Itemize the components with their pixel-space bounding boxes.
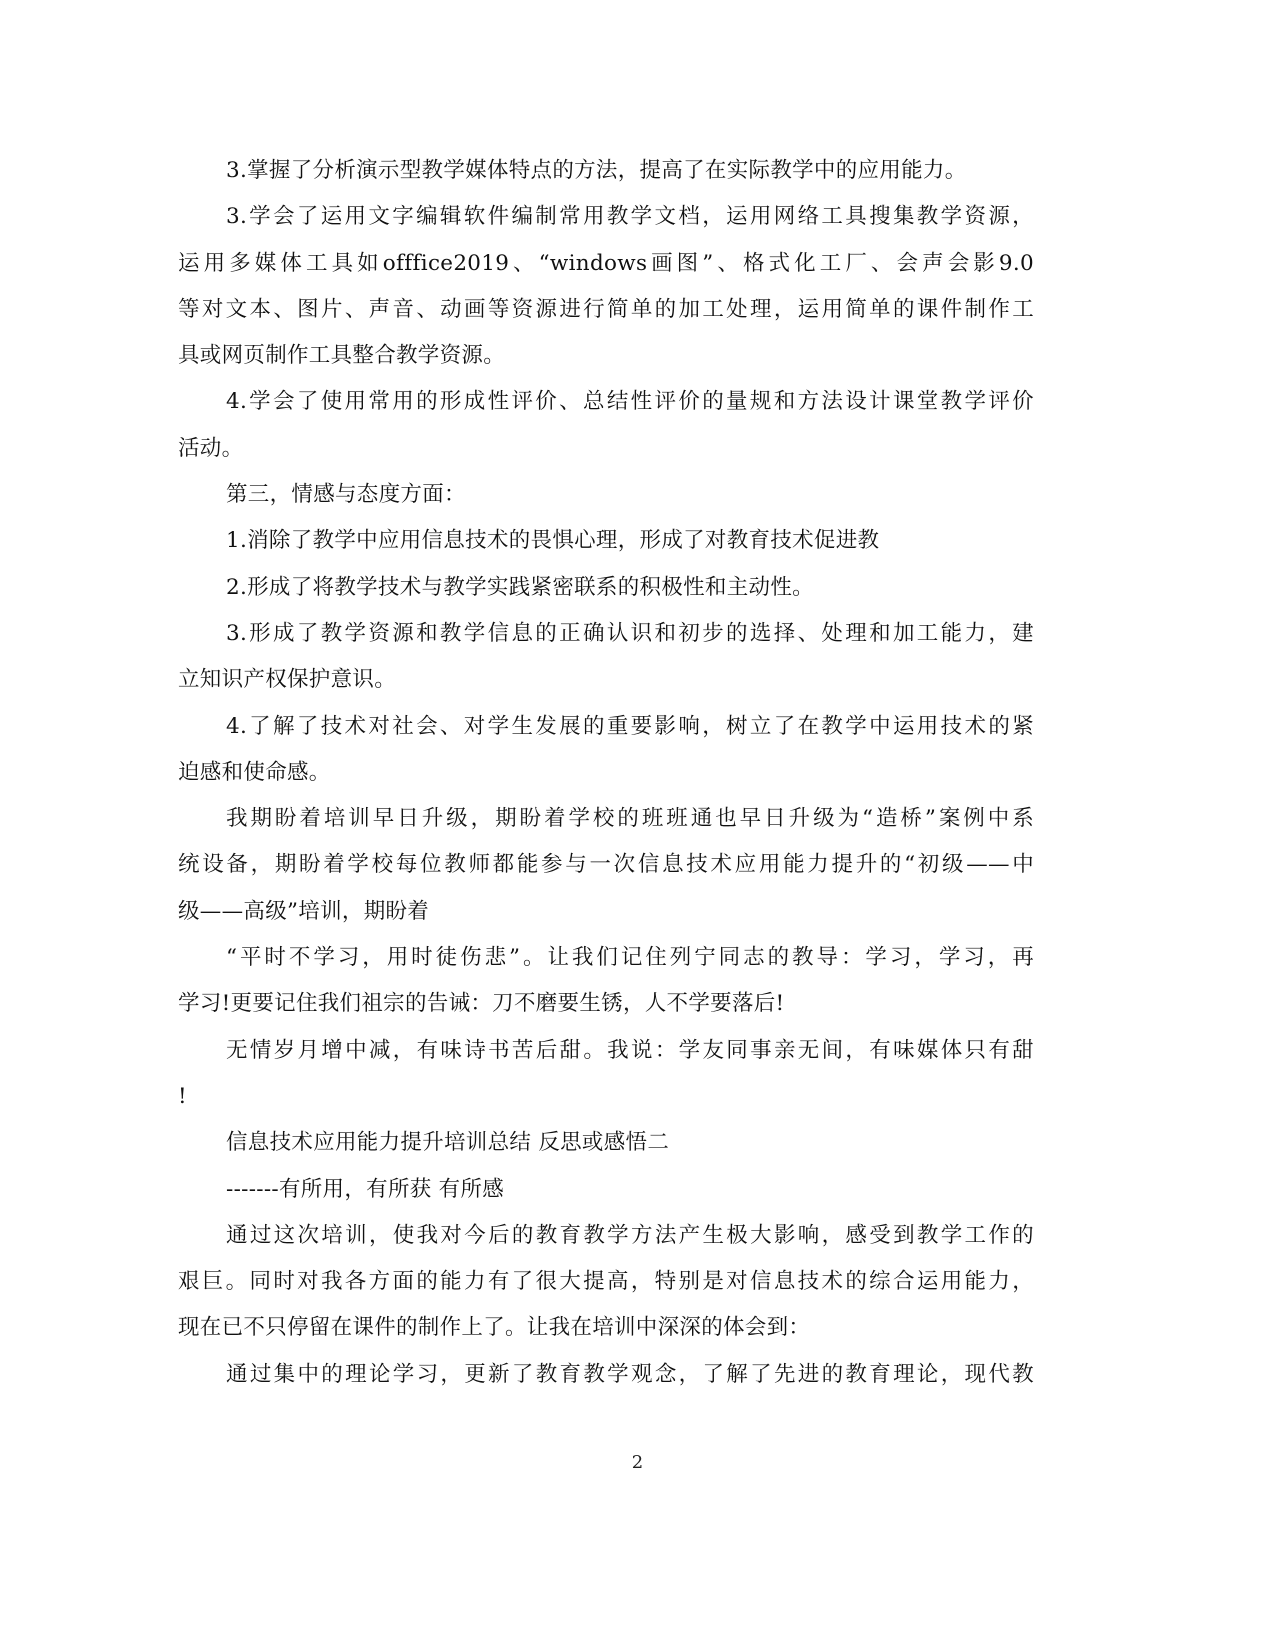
text-line: 3.学会了运用文字编辑软件编制常用教学文档，运用网络工具搜集教学资源， bbox=[178, 194, 1034, 240]
text-line: 4.学会了使用常用的形成性评价、总结性评价的量规和方法设计课堂教学评价 bbox=[178, 379, 1034, 425]
text-line: 信息技术应用能力提升培训总结 反思或感悟二 bbox=[178, 1120, 1034, 1166]
text-line: 具或网页制作工具整合教学资源。 bbox=[178, 333, 1034, 379]
text-line: 迫感和使命感。 bbox=[178, 750, 1034, 796]
text-line: 级——高级”培训，期盼着 bbox=[178, 889, 1034, 935]
text-line: 第三，情感与态度方面： bbox=[178, 472, 1034, 518]
text-line: 等对文本、图片、声音、动画等资源进行简单的加工处理，运用简单的课件制作工 bbox=[178, 287, 1034, 333]
text-line: 4.了解了技术对社会、对学生发展的重要影响，树立了在教学中运用技术的紧 bbox=[178, 704, 1034, 750]
text-line: 我期盼着培训早日升级，期盼着学校的班班通也早日升级为“造桥”案例中系 bbox=[178, 796, 1034, 842]
text-line: 统设备，期盼着学校每位教师都能参与一次信息技术应用能力提升的“初级——中 bbox=[178, 842, 1034, 888]
text-line: 无情岁月增中减，有味诗书苦后甜。我说：学友同事亲无间，有味媒体只有甜 bbox=[178, 1028, 1034, 1074]
text-line: ! bbox=[178, 1074, 1034, 1120]
text-line: 艰巨。同时对我各方面的能力有了很大提高，特别是对信息技术的综合运用能力， bbox=[178, 1259, 1034, 1305]
text-line: 学习!更要记住我们祖宗的告诫：刀不磨要生锈，人不学要落后! bbox=[178, 981, 1034, 1027]
text-line: 运用多媒体工具如offfice2019、“windows画图”、格式化工厂、会声… bbox=[178, 241, 1034, 287]
text-line: 活动。 bbox=[178, 426, 1034, 472]
text-line: 立知识产权保护意识。 bbox=[178, 657, 1034, 703]
text-line: -------有所用，有所获 有所感 bbox=[178, 1167, 1034, 1213]
text-line: 通过这次培训，使我对今后的教育教学方法产生极大影响，感受到教学工作的 bbox=[178, 1213, 1034, 1259]
page-number: 2 bbox=[0, 1452, 1275, 1473]
text-line: “平时不学习，用时徒伤悲”。让我们记住列宁同志的教导：学习，学习，再 bbox=[178, 935, 1034, 981]
text-line: 1.消除了教学中应用信息技术的畏惧心理，形成了对教育技术促进教 bbox=[178, 518, 1034, 564]
text-line: 3.形成了教学资源和教学信息的正确认识和初步的选择、处理和加工能力，建 bbox=[178, 611, 1034, 657]
text-line: 3.掌握了分析演示型教学媒体特点的方法，提高了在实际教学中的应用能力。 bbox=[178, 148, 1034, 194]
text-line: 现在已不只停留在课件的制作上了。让我在培训中深深的体会到： bbox=[178, 1305, 1034, 1351]
document-body: 3.掌握了分析演示型教学媒体特点的方法，提高了在实际教学中的应用能力。3.学会了… bbox=[178, 148, 1034, 1398]
document-page: 3.掌握了分析演示型教学媒体特点的方法，提高了在实际教学中的应用能力。3.学会了… bbox=[0, 0, 1275, 1651]
text-line: 2.形成了将教学技术与教学实践紧密联系的积极性和主动性。 bbox=[178, 565, 1034, 611]
text-line: 通过集中的理论学习，更新了教育教学观念，了解了先进的教育理论，现代教 bbox=[178, 1352, 1034, 1398]
